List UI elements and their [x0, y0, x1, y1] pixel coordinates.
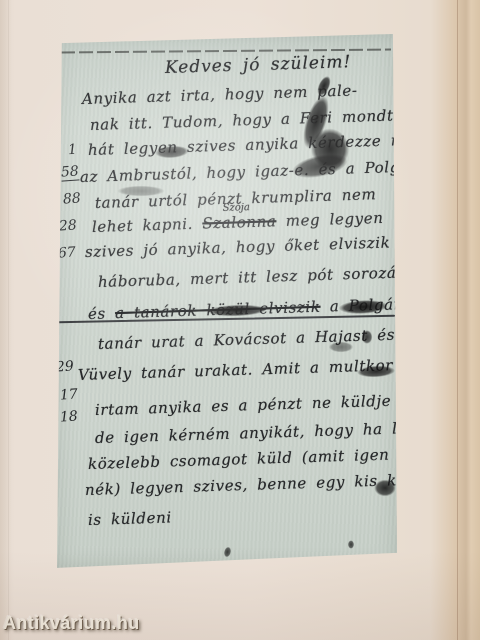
antikvarium-watermark: Antikvárium.hu: [3, 613, 140, 635]
margin-note: 58: [60, 164, 79, 181]
margin-note: 67: [58, 245, 77, 260]
margin-note: 1: [68, 143, 78, 158]
ink-speck: [347, 539, 355, 550]
page-crease-line: [8, 0, 9, 640]
ink-blot: [371, 477, 399, 499]
ink-smudge: [325, 340, 357, 354]
inserted-word: Szója: [222, 202, 250, 215]
correction: SzalonnaSzója: [202, 212, 277, 232]
handwriting-line: is küldeni: [88, 508, 172, 529]
margin-note: 29: [56, 359, 75, 374]
ink-smudge: [110, 184, 172, 198]
book-page: { "page": { "watermark": "Antikvárium.hu…: [0, 0, 480, 640]
struck-word: Szalonna: [202, 212, 277, 232]
letter-photograph: Kedves jó szüleim! Anyika azt irta, hogy…: [55, 34, 397, 570]
handwriting-text: lehet kapni.: [92, 215, 203, 236]
handwriting-text: meg legyen: [276, 209, 384, 230]
page-edge-line: [457, 0, 458, 640]
margin-note: 18: [60, 409, 79, 424]
margin-note: 88: [63, 191, 82, 206]
margin-note: 28: [59, 218, 78, 233]
margin-note: 17: [60, 387, 79, 402]
ink-blot: [360, 328, 374, 346]
